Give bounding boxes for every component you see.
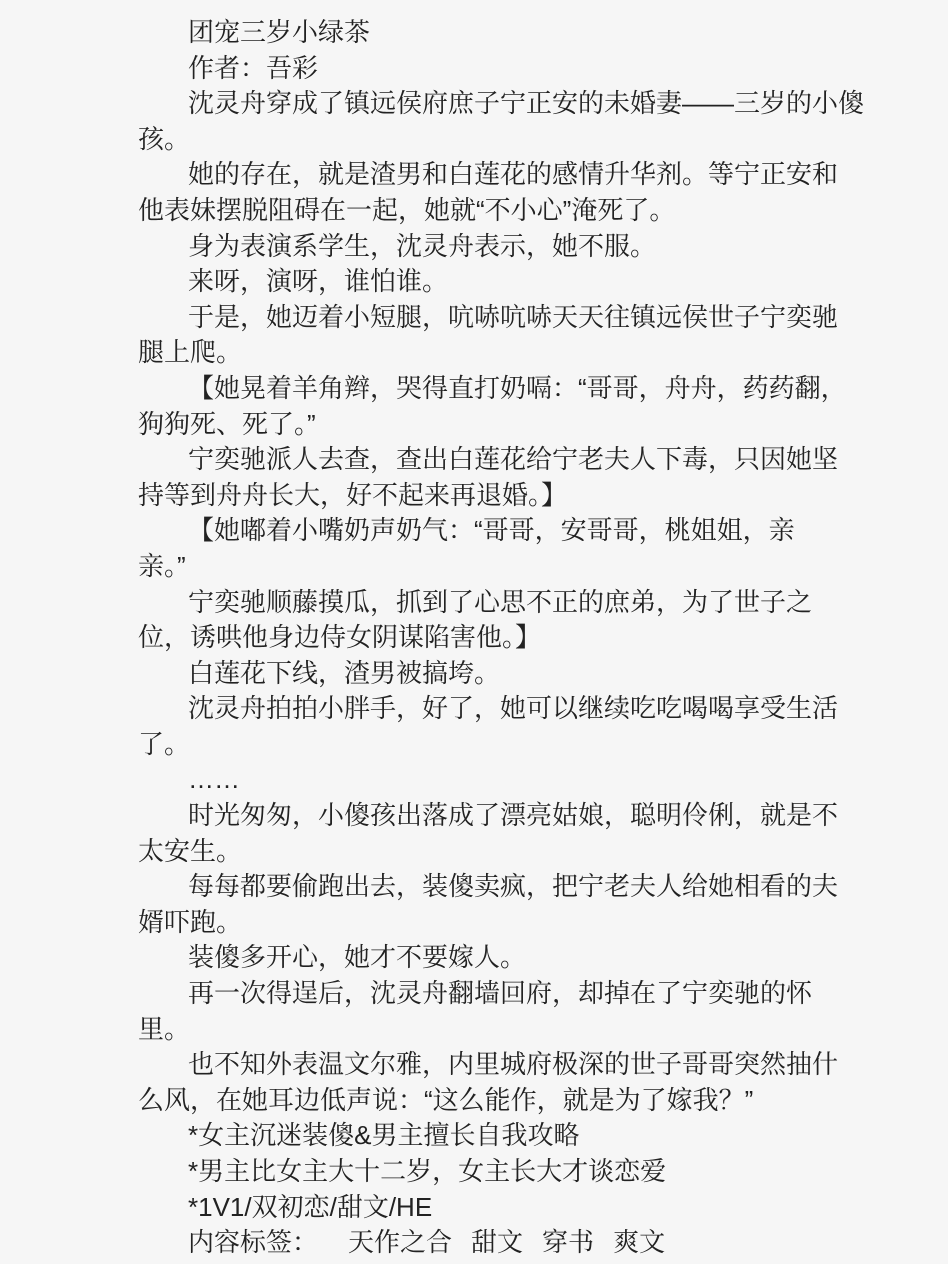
text-line: 位，诱哄他身边侍女阴谋陷害他。】	[0, 620, 948, 656]
content-tags-line: 内容标签：天作之合甜文穿书爽文	[0, 1225, 948, 1261]
text-line: 太安生。	[0, 834, 948, 870]
text-line: 再一次得逞后，沈灵舟翻墙回府，却掉在了宁奕驰的怀	[0, 976, 948, 1012]
text-line: *女主沉迷装傻&男主擅长自我攻略	[0, 1118, 948, 1154]
text-line: 了。	[0, 727, 948, 763]
content-tag: 爽文	[613, 1225, 665, 1261]
text-line: 时光匆匆，小傻孩出落成了漂亮姑娘，聪明伶俐，就是不	[0, 798, 948, 834]
text-line: 装傻多开心，她才不要嫁人。	[0, 940, 948, 976]
text-line: 他表妹摆脱阻碍在一起，她就“不小心”淹死了。	[0, 193, 948, 229]
text-line: 宁奕驰派人去查，查出白莲花给宁老夫人下毒，只因她坚	[0, 442, 948, 478]
content-tag: 甜文	[471, 1225, 523, 1261]
author-line: 作者：吾彩	[0, 51, 948, 87]
text-line: 持等到舟舟长大，好不起来再退婚。】	[0, 478, 948, 514]
text-line: 婿吓跑。	[0, 905, 948, 941]
text-line: 也不知外表温文尔雅，内里城府极深的世子哥哥突然抽什	[0, 1047, 948, 1083]
text-line: 来呀，演呀，谁怕谁。	[0, 264, 948, 300]
text-line: 孩。	[0, 122, 948, 158]
text-line: *男主比女主大十二岁，女主长大才谈恋爱	[0, 1154, 948, 1190]
novel-title: 团宠三岁小绿茶	[0, 15, 948, 51]
text-line: 么风，在她耳边低声说：“这么能作，就是为了嫁我？”	[0, 1083, 948, 1119]
text-line: 狗狗死、死了。”	[0, 407, 948, 443]
text-line: ……	[0, 762, 948, 798]
text-line: 她的存在，就是渣男和白莲花的感情升华剂。等宁正安和	[0, 157, 948, 193]
text-line: 宁奕驰顺藤摸瓜，抓到了心思不正的庶弟，为了世子之	[0, 585, 948, 621]
text-line: 身为表演系学生，沈灵舟表示，她不服。	[0, 229, 948, 265]
content-tags-label: 内容标签：	[188, 1227, 318, 1257]
novel-intro-page: 团宠三岁小绿茶 作者：吾彩 沈灵舟穿成了镇远侯府庶子宁正安的未婚妻——三岁的小傻…	[0, 0, 948, 1264]
text-line: 亲。”	[0, 549, 948, 585]
text-line: 沈灵舟穿成了镇远侯府庶子宁正安的未婚妻——三岁的小傻	[0, 86, 948, 122]
text-line: 每每都要偷跑出去，装傻卖疯，把宁老夫人给她相看的夫	[0, 869, 948, 905]
text-line: 沈灵舟拍拍小胖手，好了，她可以继续吃吃喝喝享受生活	[0, 691, 948, 727]
text-line: 腿上爬。	[0, 335, 948, 371]
content-tag: 天作之合	[348, 1225, 452, 1261]
text-line: 里。	[0, 1012, 948, 1048]
content-tag: 穿书	[542, 1225, 594, 1261]
text-line: 于是，她迈着小短腿，吭哧吭哧天天往镇远侯世子宁奕驰	[0, 300, 948, 336]
text-line: *1V1/双初恋/甜文/HE	[0, 1190, 948, 1226]
text-line: 【她嘟着小嘴奶声奶气：“哥哥，安哥哥，桃姐姐，亲	[0, 513, 948, 549]
text-line: 【她晃着羊角辫，哭得直打奶嗝：“哥哥，舟舟，药药翻，	[0, 371, 948, 407]
synopsis-body: 沈灵舟穿成了镇远侯府庶子宁正安的未婚妻——三岁的小傻孩。她的存在，就是渣男和白莲…	[0, 86, 948, 1225]
text-line: 白莲花下线，渣男被搞垮。	[0, 656, 948, 692]
